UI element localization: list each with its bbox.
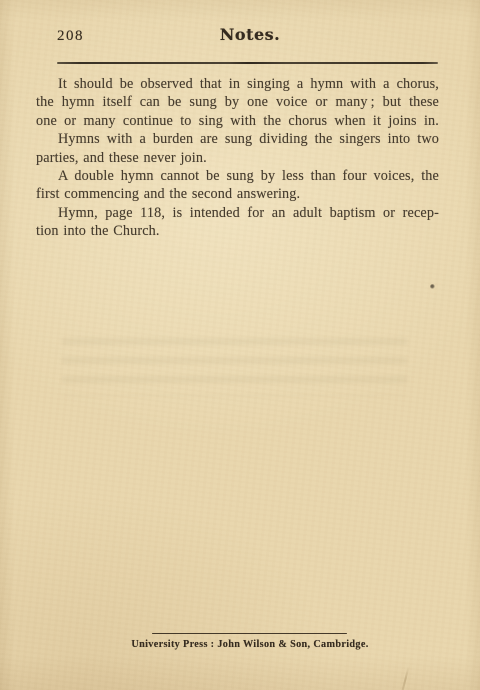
text-line: the hymn itself can be sung by one voice… xyxy=(36,93,439,111)
body-text: It should be observed that in singing a … xyxy=(36,75,439,241)
text-line: one or many continue to sing with the ch… xyxy=(36,112,439,130)
page-number: 208 xyxy=(57,28,84,45)
text-line: tion into the Church. xyxy=(36,222,439,240)
text-line: It should be observed that in singing a … xyxy=(36,75,439,93)
text-line: Hymns with a burden are sung dividing th… xyxy=(36,130,439,148)
book-page: 208 Notes. It should be observed that in… xyxy=(0,0,480,690)
ink-speck xyxy=(430,284,435,289)
footer-rule xyxy=(152,633,347,634)
header-rule xyxy=(57,62,438,64)
text-line: A double hymn cannot be sung by less tha… xyxy=(36,167,439,185)
reverse-page-showthrough xyxy=(62,338,407,396)
printer-imprint: University Press : John Wilson & Son, Ca… xyxy=(131,639,368,650)
running-title: Notes. xyxy=(220,25,280,44)
text-line: Hymn, page 118, is intended for an adult… xyxy=(36,204,439,222)
paper-crease xyxy=(400,666,409,690)
text-line: first commencing and the second answerin… xyxy=(36,185,439,203)
text-line: parties, and these never join. xyxy=(36,149,439,167)
